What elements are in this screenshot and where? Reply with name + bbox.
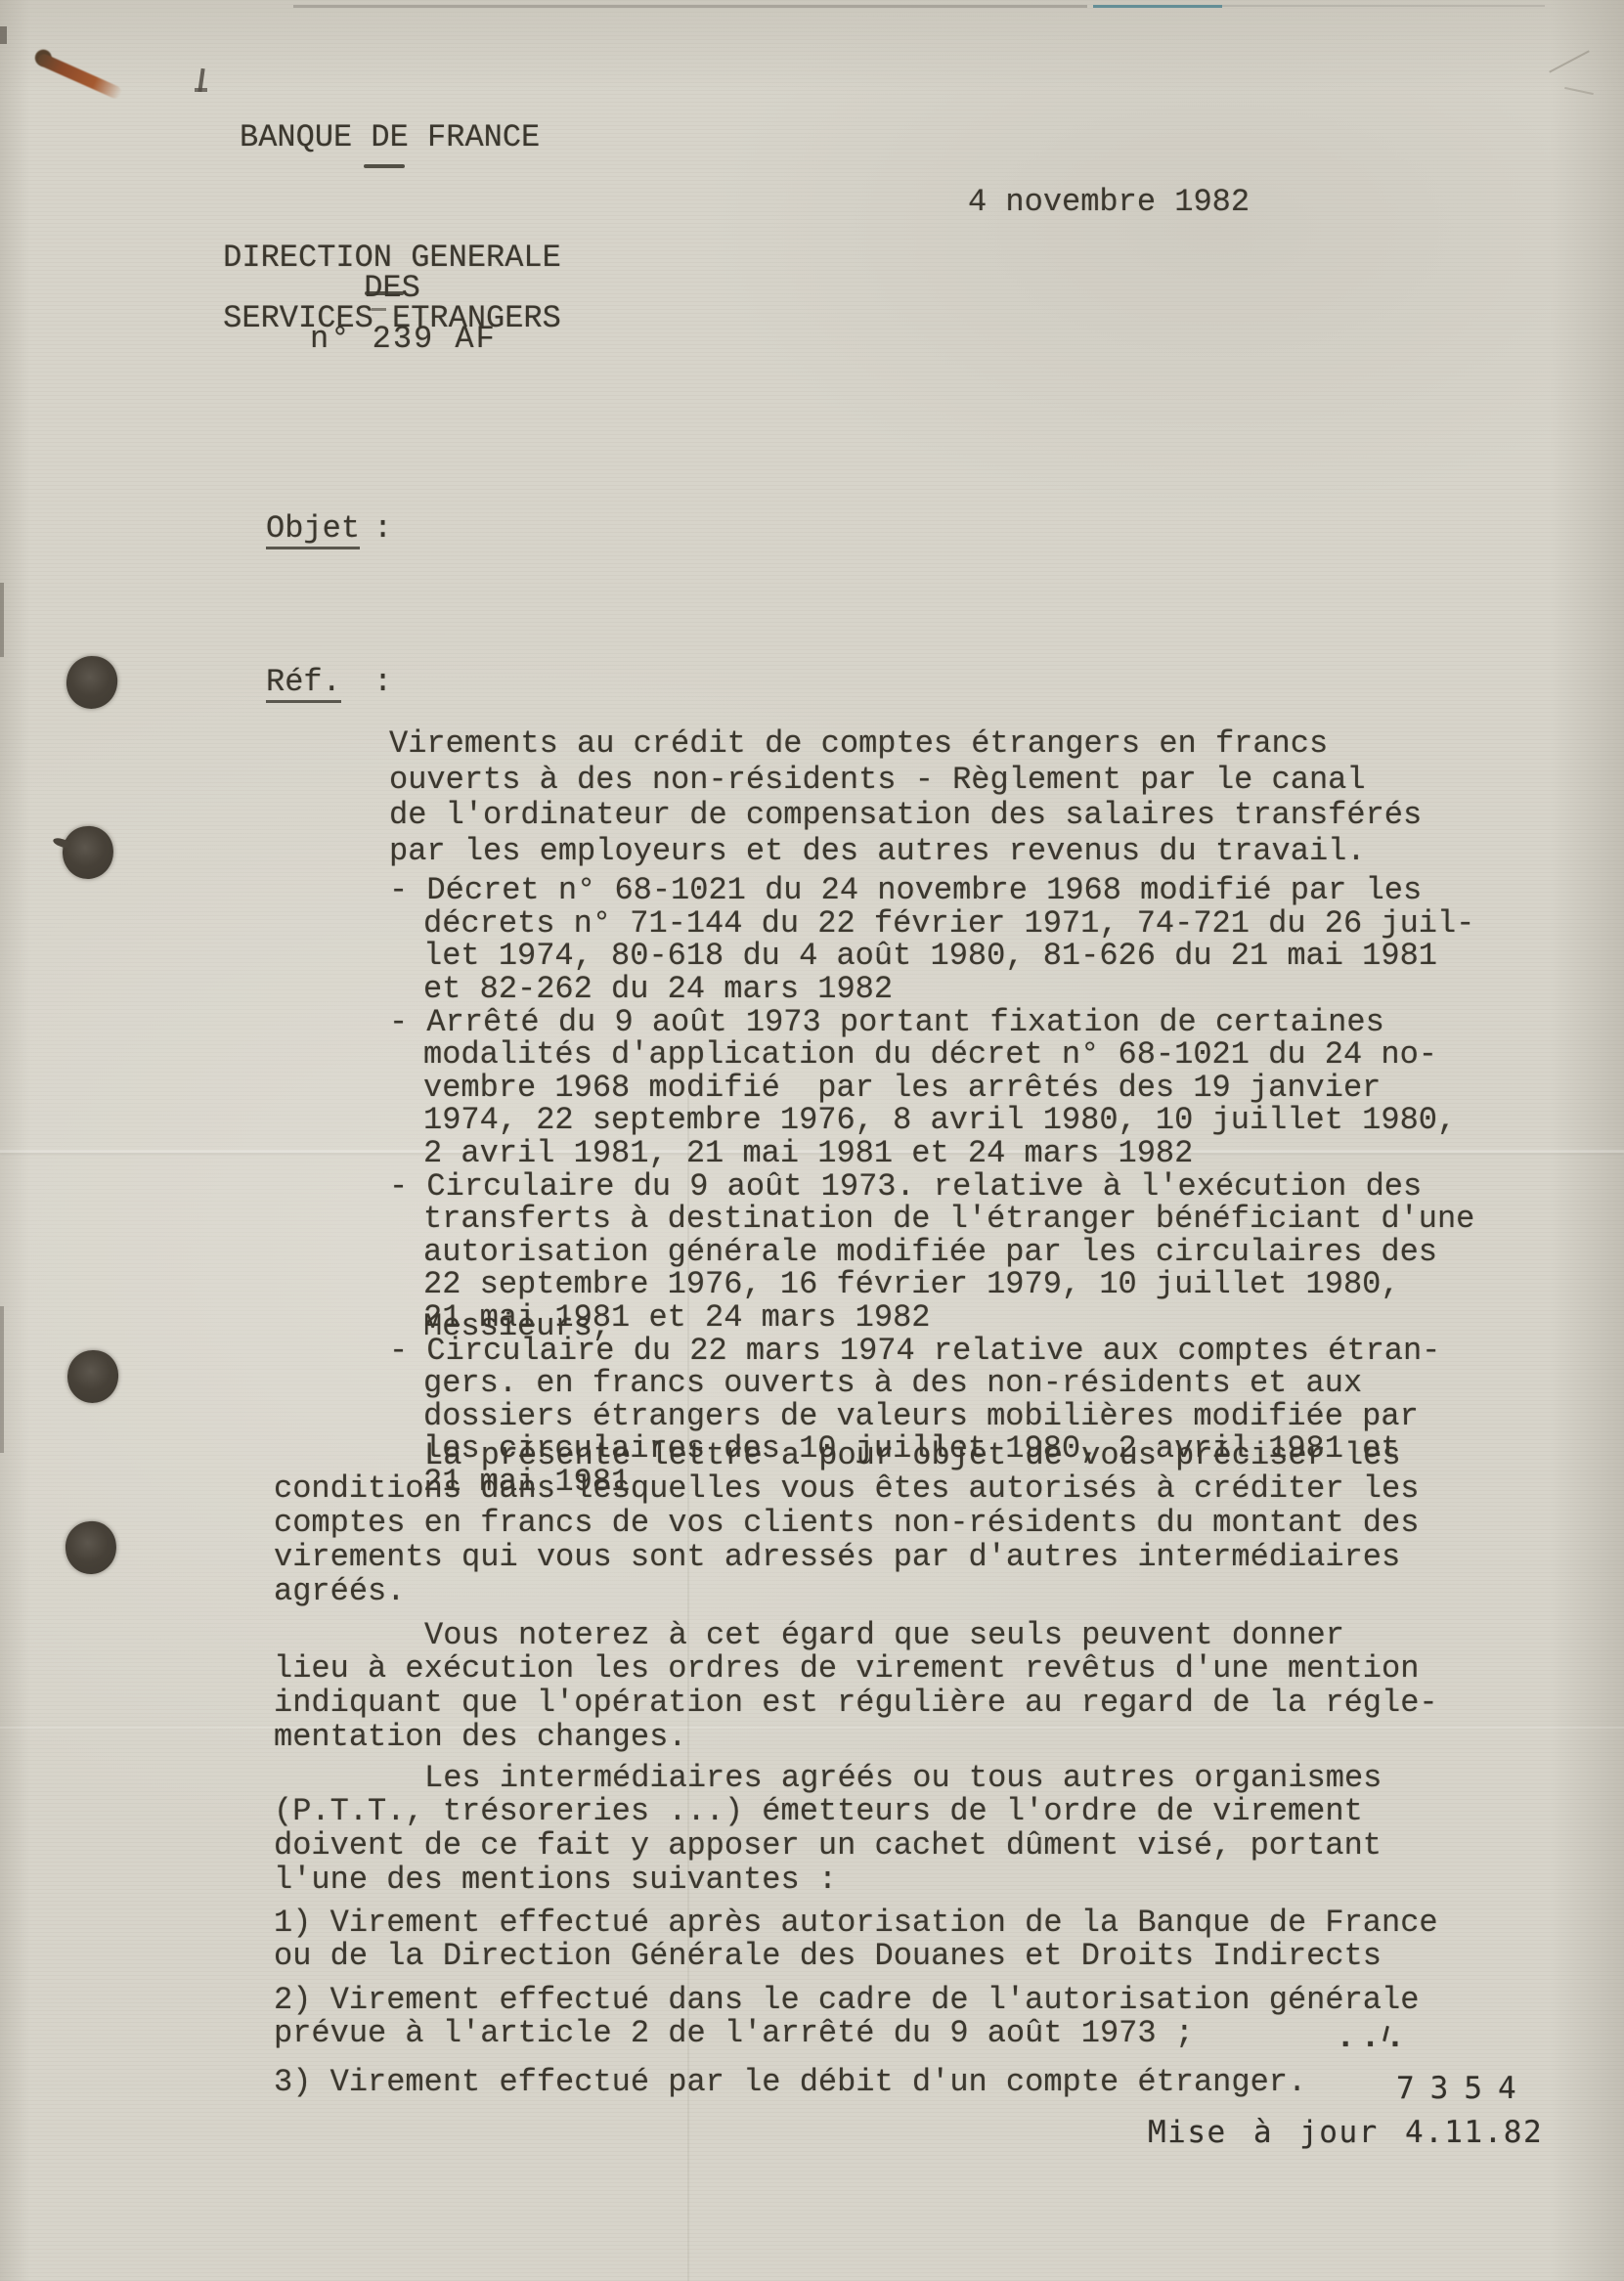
punch-hole — [66, 1349, 120, 1405]
letter-ref-number: n° 239 AF — [310, 321, 497, 357]
continuation-mark: ... — [1336, 2020, 1410, 2057]
reference-line: et 82-262 du 24 mars 1982 — [389, 973, 1474, 1006]
document-page: BANQUE DE FRANCE DIRECTION GENERALEDESSE… — [0, 0, 1624, 2281]
scan-left-edge-sliver — [0, 583, 4, 657]
numbered-item-line: 3) Virement effectué par le débit d'un c… — [274, 2066, 1306, 2100]
salutation: Messieurs, — [423, 1308, 611, 1344]
letter-date: 4 novembre 1982 — [968, 184, 1250, 220]
pencil-scribble — [1564, 87, 1594, 95]
punch-hole — [61, 824, 115, 880]
stray-dash-mark — [372, 308, 386, 311]
page-number: 7354 — [1396, 2071, 1532, 2106]
pencil-scribble — [1549, 50, 1590, 72]
rust-smudge-streak — [36, 52, 123, 100]
reference-line: 2 avril 1981, 21 mai 1981 et 24 mars 198… — [389, 1137, 1474, 1170]
paragraph-line: comptes en francs de vos clients non-rés… — [274, 1507, 1419, 1541]
reference-line: transferts à destination de l'étranger b… — [389, 1203, 1474, 1236]
paragraph-line: Vous noterez à cet égard que seuls peuve… — [274, 1619, 1438, 1653]
paragraph-line: conditions dans lesquelles vous êtes aut… — [274, 1472, 1419, 1507]
paragraph-line: La présente lettre a pour objet de vous … — [274, 1439, 1419, 1473]
objet-colon: : — [373, 510, 392, 547]
reference-line: 22 septembre 1976, 16 février 1979, 10 j… — [389, 1268, 1474, 1301]
ink-tick-base — [195, 88, 207, 92]
letterhead-division: DIRECTION GENERALEDESSERVICES ETRANGERS — [223, 182, 561, 394]
letterhead-divider — [365, 291, 404, 295]
paragraph-line: (P.T.T., trésoreries ...) émetteurs de l… — [274, 1795, 1382, 1829]
rust-smudge — [23, 47, 125, 121]
reference-line: modalités d'application du décret n° 68-… — [389, 1038, 1474, 1072]
reference-line: - Arrêté du 9 août 1973 portant fixation… — [389, 1006, 1474, 1039]
letterhead-divider — [364, 164, 405, 168]
reference-colon: : — [373, 664, 392, 700]
reference-line: let 1974, 80-618 du 4 août 1980, 81-626 … — [389, 940, 1474, 973]
scan-top-edge-line-faint — [1222, 5, 1545, 7]
reference-line: autorisation générale modifiée par les c… — [389, 1236, 1474, 1269]
punch-hole — [64, 653, 119, 711]
paragraph-line: Les intermédiaires agréés ou tous autres… — [274, 1762, 1382, 1796]
scan-left-edge-mark — [0, 26, 7, 44]
scan-top-edge-blue-line — [1093, 5, 1222, 8]
punch-hole — [63, 1518, 118, 1576]
reference-label: Réf. — [266, 664, 341, 703]
letterhead-division-line: DIRECTION GENERALE — [223, 242, 561, 273]
scan-left-edge-sliver — [0, 1306, 4, 1453]
scan-top-edge-line — [293, 5, 1087, 8]
letterhead-org-name: BANQUE DE FRANCE — [240, 119, 540, 155]
paragraph-line: lieu à exécution les ordres de virement … — [274, 1652, 1438, 1687]
reference-line: - Circulaire du 9 août 1973. relative à … — [389, 1170, 1474, 1204]
update-note: Mise à jour 4.11.82 — [1148, 2115, 1543, 2150]
reference-line: décrets n° 71-144 du 22 février 1971, 74… — [389, 907, 1474, 941]
letterhead-division-line: DES — [223, 273, 561, 303]
reference-line: vembre 1968 modifié par les arrêtés des … — [389, 1072, 1474, 1105]
reference-line: 1974, 22 septembre 1976, 8 avril 1980, 1… — [389, 1104, 1474, 1137]
objet-label: Objet — [266, 510, 360, 549]
reference-line: - Décret n° 68-1021 du 24 novembre 1968 … — [389, 874, 1474, 907]
